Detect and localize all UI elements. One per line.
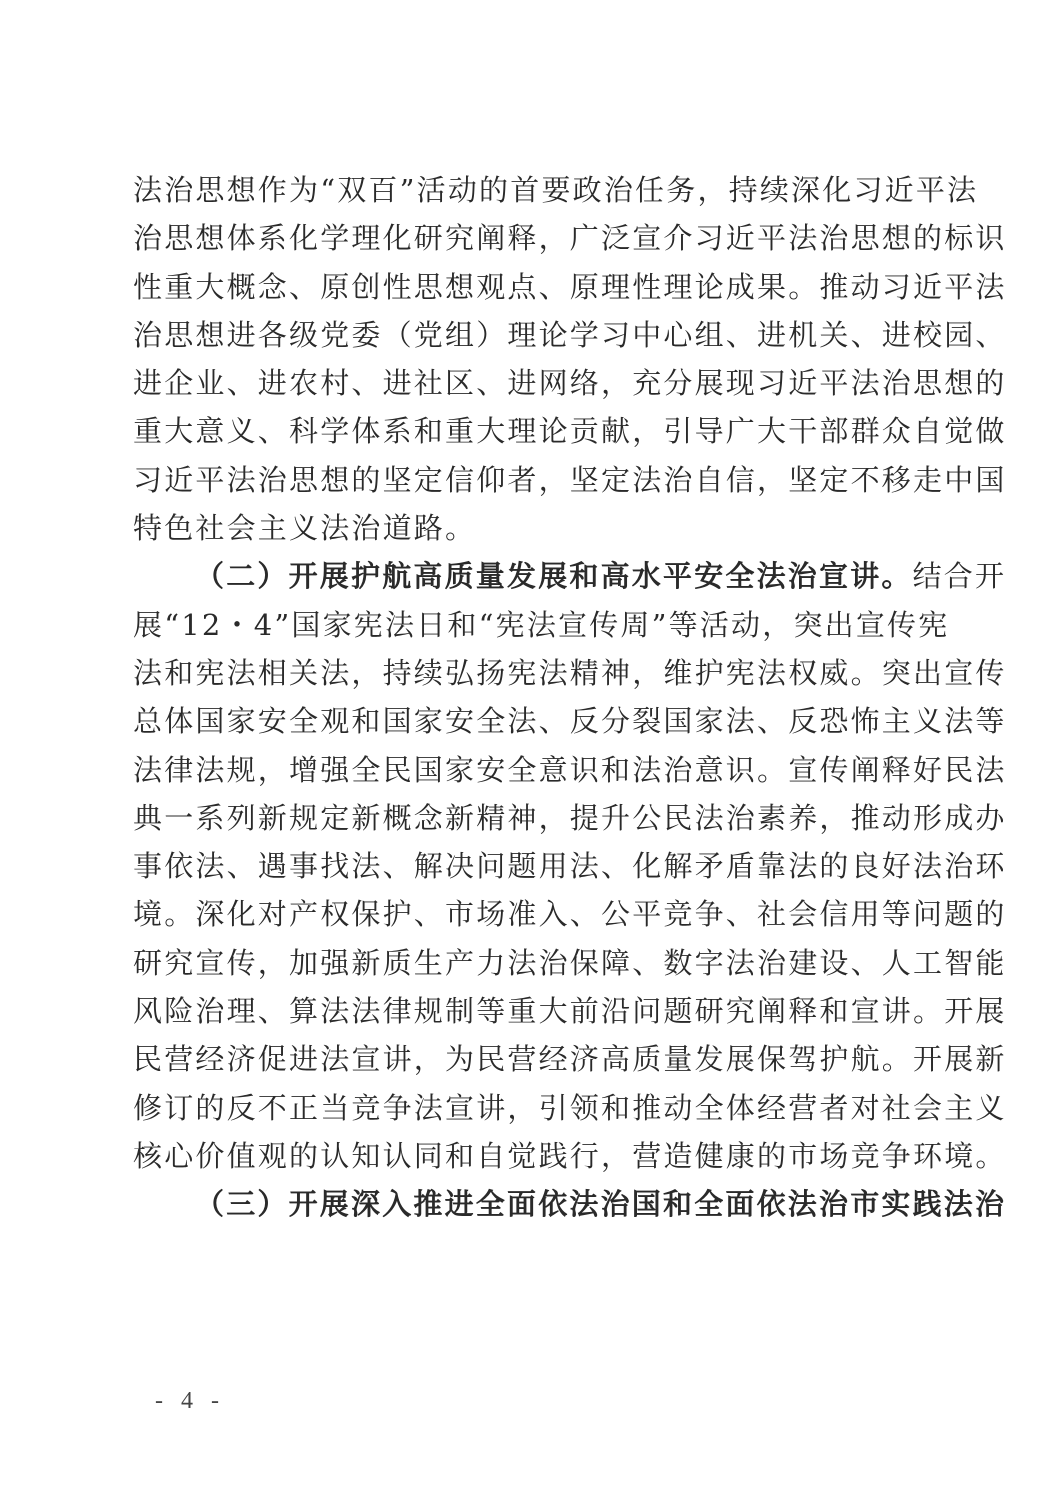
text-line: 特色社会主义法治道路。 [133, 504, 949, 552]
text-line: 法和宪法相关法，持续弘扬宪法精神，维护宪法权威。突出宣传 [133, 649, 949, 697]
text-line: 研究宣传，加强新质生产力法治保障、数字法治建设、人工智能 [133, 939, 949, 987]
text-line: 展“12・4”国家宪法日和“宪法宣传周”等活动，突出宣传宪 [133, 601, 949, 649]
section-heading-line: （三）开展深入推进全面依法治国和全面依法治市实践法治 [133, 1180, 949, 1228]
document-body: 法治思想作为“双百”活动的首要政治任务，持续深化习近平法 治思想体系化学理化研究… [133, 166, 949, 1229]
text-line: 性重大概念、原创性思想观点、原理性理论成果。推动习近平法 [133, 263, 949, 311]
heading-line-rest: 结合开 [913, 559, 1007, 593]
text-line: 核心价值观的认知认同和自觉践行，营造健康的市场竞争环境。 [133, 1132, 949, 1180]
text-line: 进企业、进农村、进社区、进网络，充分展现习近平法治思想的 [133, 359, 949, 407]
text-line: 风险治理、算法法律规制等重大前沿问题研究阐释和宣讲。开展 [133, 987, 949, 1035]
text-line: 治思想体系化学理化研究阐释，广泛宣介习近平法治思想的标识 [133, 214, 949, 262]
text-line: 民营经济促进法宣讲，为民营经济高质量发展保驾护航。开展新 [133, 1035, 949, 1083]
section-heading-3: （三）开展深入推进全面依法治国和全面依法治市实践法治 [195, 1187, 1006, 1221]
section-heading-line: （二）开展护航高质量发展和高水平安全法治宣讲。结合开 [133, 552, 949, 600]
page-number: - 4 - [155, 1388, 225, 1415]
text-line: 法治思想作为“双百”活动的首要政治任务，持续深化习近平法 [133, 166, 949, 214]
text-line: 重大意义、科学体系和重大理论贡献，引导广大干部群众自觉做 [133, 407, 949, 455]
text-line: 法律法规，增强全民国家安全意识和法治意识。宣传阐释好民法 [133, 746, 949, 794]
text-line: 境。深化对产权保护、市场准入、公平竞争、社会信用等问题的 [133, 890, 949, 938]
text-line: 总体国家安全观和国家安全法、反分裂国家法、反恐怖主义法等 [133, 697, 949, 745]
text-line: 修订的反不正当竞争法宣讲，引领和推动全体经营者对社会主义 [133, 1084, 949, 1132]
text-line: 事依法、遇事找法、解决问题用法、化解矛盾靠法的良好法治环 [133, 842, 949, 890]
text-line: 治思想进各级党委（党组）理论学习中心组、进机关、进校园、 [133, 311, 949, 359]
section-heading-2: （二）开展护航高质量发展和高水平安全法治宣讲。 [195, 559, 913, 593]
text-line: 典一系列新规定新概念新精神，提升公民法治素养，推动形成办 [133, 794, 949, 842]
text-line: 习近平法治思想的坚定信仰者，坚定法治自信，坚定不移走中国 [133, 456, 949, 504]
document-page: 法治思想作为“双百”活动的首要政治任务，持续深化习近平法 治思想体系化学理化研究… [0, 0, 1046, 1499]
